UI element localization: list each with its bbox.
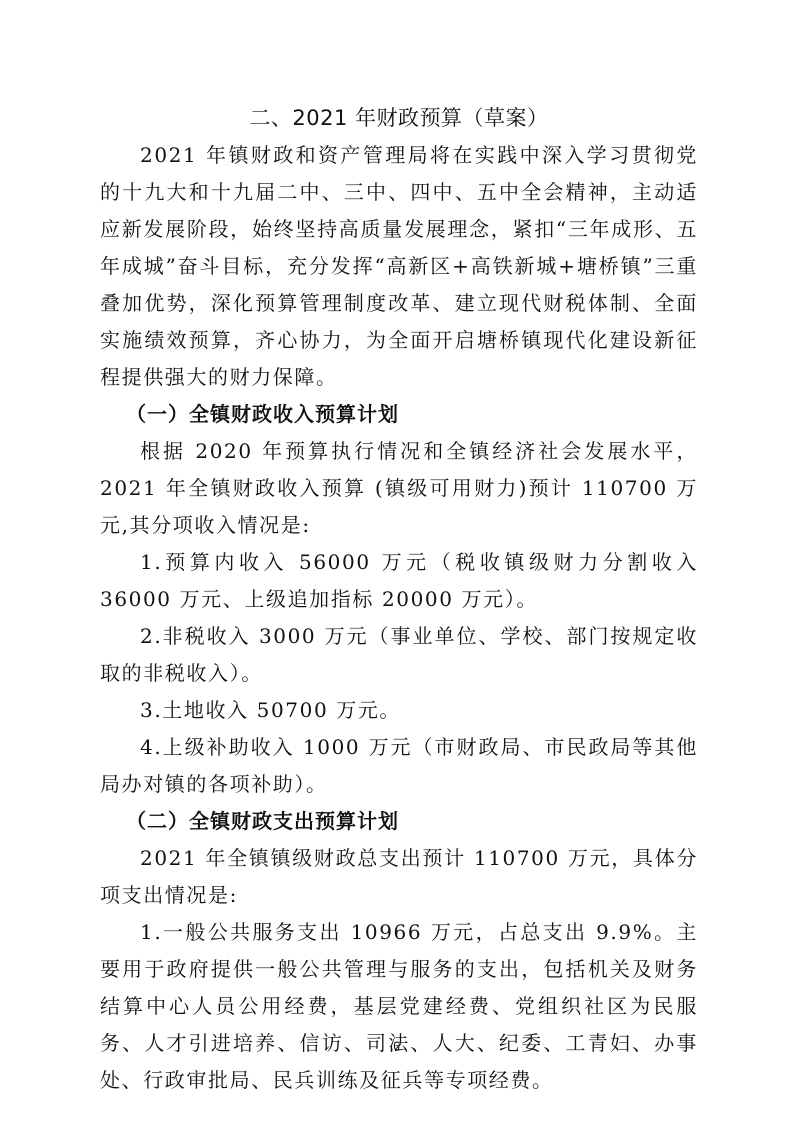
- intro-paragraph: 2021 年镇财政和资产管理局将在实践中深入学习贯彻党的十九大和十九届二中、三中…: [100, 137, 698, 396]
- income-item-1: 1.预算内收入 56000 万元（税收镇级财力分割收入 36000 万元、上级追…: [100, 544, 698, 618]
- income-item-4: 4.上级补助收入 1000 万元（市财政局、市民政局等其他局办对镇的各项补助）。: [100, 729, 698, 803]
- income-item-2: 2.非税收入 3000 万元（事业单位、学校、部门按规定收取的非税收入）。: [100, 618, 698, 692]
- section-title: 二、2021 年财政预算（草案）: [100, 100, 698, 137]
- income-heading: （一）全镇财政收入预算计划: [100, 396, 698, 433]
- expenditure-paragraph-summary: 2021 年全镇镇级财政总支出预计 110700 万元，具体分项支出情况是:: [100, 840, 698, 914]
- page-number: 6: [0, 1038, 793, 1054]
- income-paragraph-summary: 根据 2020 年预算执行情况和全镇经济社会发展水平，2021 年全镇财政收入预…: [100, 433, 698, 544]
- expenditure-item-1: 1.一般公共服务支出 10966 万元，占总支出 9.9%。主要用于政府提供一般…: [100, 914, 698, 1099]
- income-item-3: 3.土地收入 50700 万元。: [100, 692, 698, 729]
- expenditure-heading: （二）全镇财政支出预算计划: [100, 803, 698, 840]
- document-page: 二、2021 年财政预算（草案） 2021 年镇财政和资产管理局将在实践中深入学…: [100, 100, 698, 1099]
